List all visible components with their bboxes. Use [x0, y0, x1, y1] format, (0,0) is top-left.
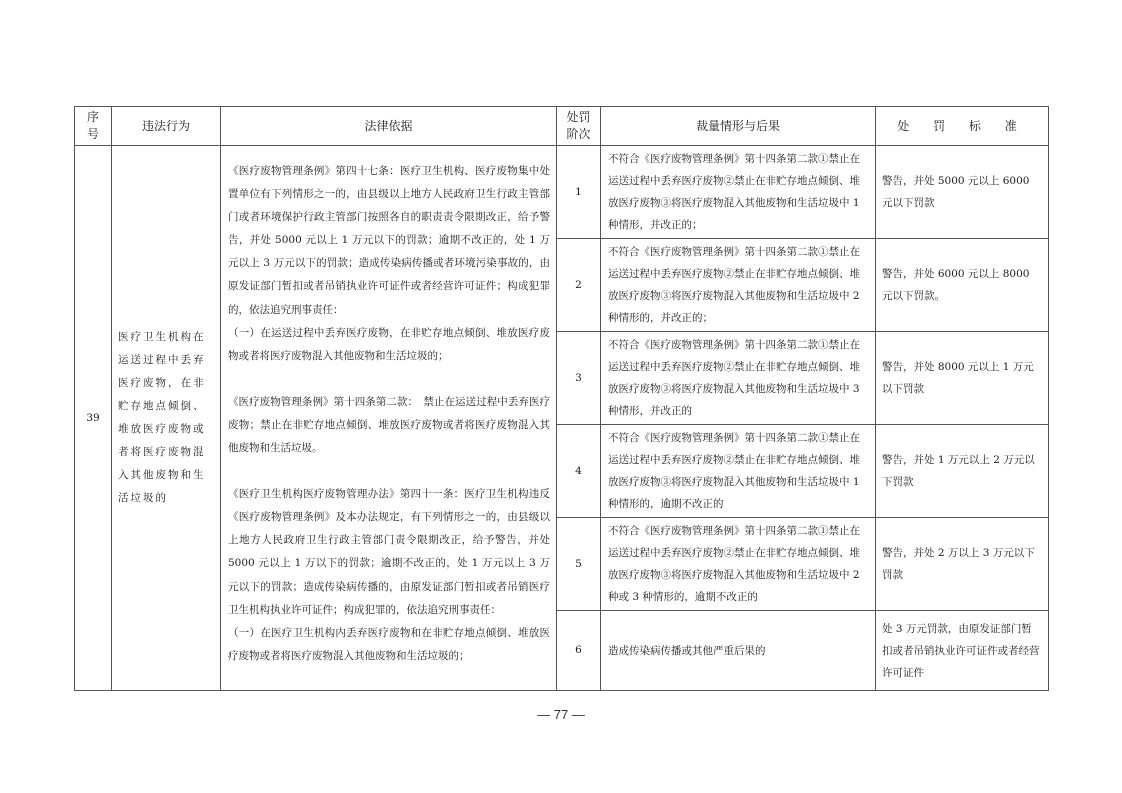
legal-basis-paragraph: 《医疗卫生机构医疗废物管理办法》第四十一条：医疗卫生机构违反《医疗废物管理条例》… [228, 483, 550, 622]
stage-cell: 6 [557, 611, 601, 691]
standard-cell: 警告，并处 2 万以上 3 万元以下罚款 [876, 518, 1049, 611]
standard-cell: 警告，并处 6000 元以上 8000 元以下罚款。 [876, 239, 1049, 332]
standard-cell: 警告，并处 5000 元以上 6000 元以下罚款 [876, 146, 1049, 239]
condition-cell: 不符合《医疗废物管理条例》第十四条第二款①禁止在运送过程中丢弃医疗废物②禁止在非… [601, 146, 876, 239]
standard-cell: 警告，并处 1 万元以上 2 万元以下罚款 [876, 425, 1049, 518]
stage-cell: 3 [557, 332, 601, 425]
legal-basis-clause: （一）在运送过程中丢弃医疗废物，在非贮存地点倾倒、堆放医疗废物或者将医疗废物混入… [228, 322, 550, 368]
legal-basis-clause: （一）在医疗卫生机构内丢弃医疗废物和在非贮存地点倾倒、堆放医疗废物或者将医疗废物… [228, 622, 550, 668]
serial-no-cell: 39 [75, 146, 112, 691]
condition-cell: 不符合《医疗废物管理条例》第十四条第二款①禁止在运送过程中丢弃医疗废物②禁止在非… [601, 239, 876, 332]
stage-cell: 4 [557, 425, 601, 518]
standard-cell: 警告，并处 8000 元以上 1 万元以下罚款 [876, 332, 1049, 425]
condition-cell: 造成传染病传播或其他严重后果的 [601, 611, 876, 691]
condition-cell: 不符合《医疗废物管理条例》第十四条第二款①禁止在运送过程中丢弃医疗废物②禁止在非… [601, 518, 876, 611]
document-page: 序 号 违法行为 法律依据 处罚 阶次 裁量情形与后果 处 罚 标 准 39 医… [0, 0, 1122, 793]
table-header-row: 序 号 违法行为 法律依据 处罚 阶次 裁量情形与后果 处 罚 标 准 [75, 107, 1049, 146]
penalty-discretion-table: 序 号 违法行为 法律依据 处罚 阶次 裁量情形与后果 处 罚 标 准 39 医… [74, 106, 1049, 691]
header-penalty-stage: 处罚 阶次 [557, 107, 601, 146]
legal-basis-cell: 《医疗废物管理条例》第四十七条：医疗卫生机构、医疗废物集中处置单位有下列情形之一… [221, 146, 557, 691]
condition-cell: 不符合《医疗废物管理条例》第十四条第二款①禁止在运送过程中丢弃医疗废物②禁止在非… [601, 425, 876, 518]
header-legal-basis: 法律依据 [221, 107, 557, 146]
table-row: 39 医疗卫生机构在运送过程中丢弃医疗废物，在非贮存地点倾倒、堆放医疗废物或者将… [75, 146, 1049, 239]
legal-basis-paragraph: 《医疗废物管理条例》第四十七条：医疗卫生机构、医疗废物集中处置单位有下列情形之一… [228, 160, 550, 322]
header-standard: 处 罚 标 准 [876, 107, 1049, 146]
standard-cell: 处 3 万元罚款，由原发证部门暂扣或者吊销执业许可证件或者经营许可证件 [876, 611, 1049, 691]
stage-cell: 2 [557, 239, 601, 332]
legal-basis-paragraph: 《医疗废物管理条例》第十四条第二款： 禁止在运送过程中丢弃医疗废物；禁止在非贮存… [228, 391, 550, 460]
condition-cell: 不符合《医疗废物管理条例》第十四条第二款①禁止在运送过程中丢弃医疗废物②禁止在非… [601, 332, 876, 425]
stage-cell: 5 [557, 518, 601, 611]
violation-cell: 医疗卫生机构在运送过程中丢弃医疗废物，在非贮存地点倾倒、堆放医疗废物或者将医疗废… [112, 146, 221, 691]
header-conditions: 裁量情形与后果 [601, 107, 876, 146]
stage-cell: 1 [557, 146, 601, 239]
header-violation: 违法行为 [112, 107, 221, 146]
header-serial-no: 序 号 [75, 107, 112, 146]
page-number: — 77 — [0, 707, 1122, 722]
